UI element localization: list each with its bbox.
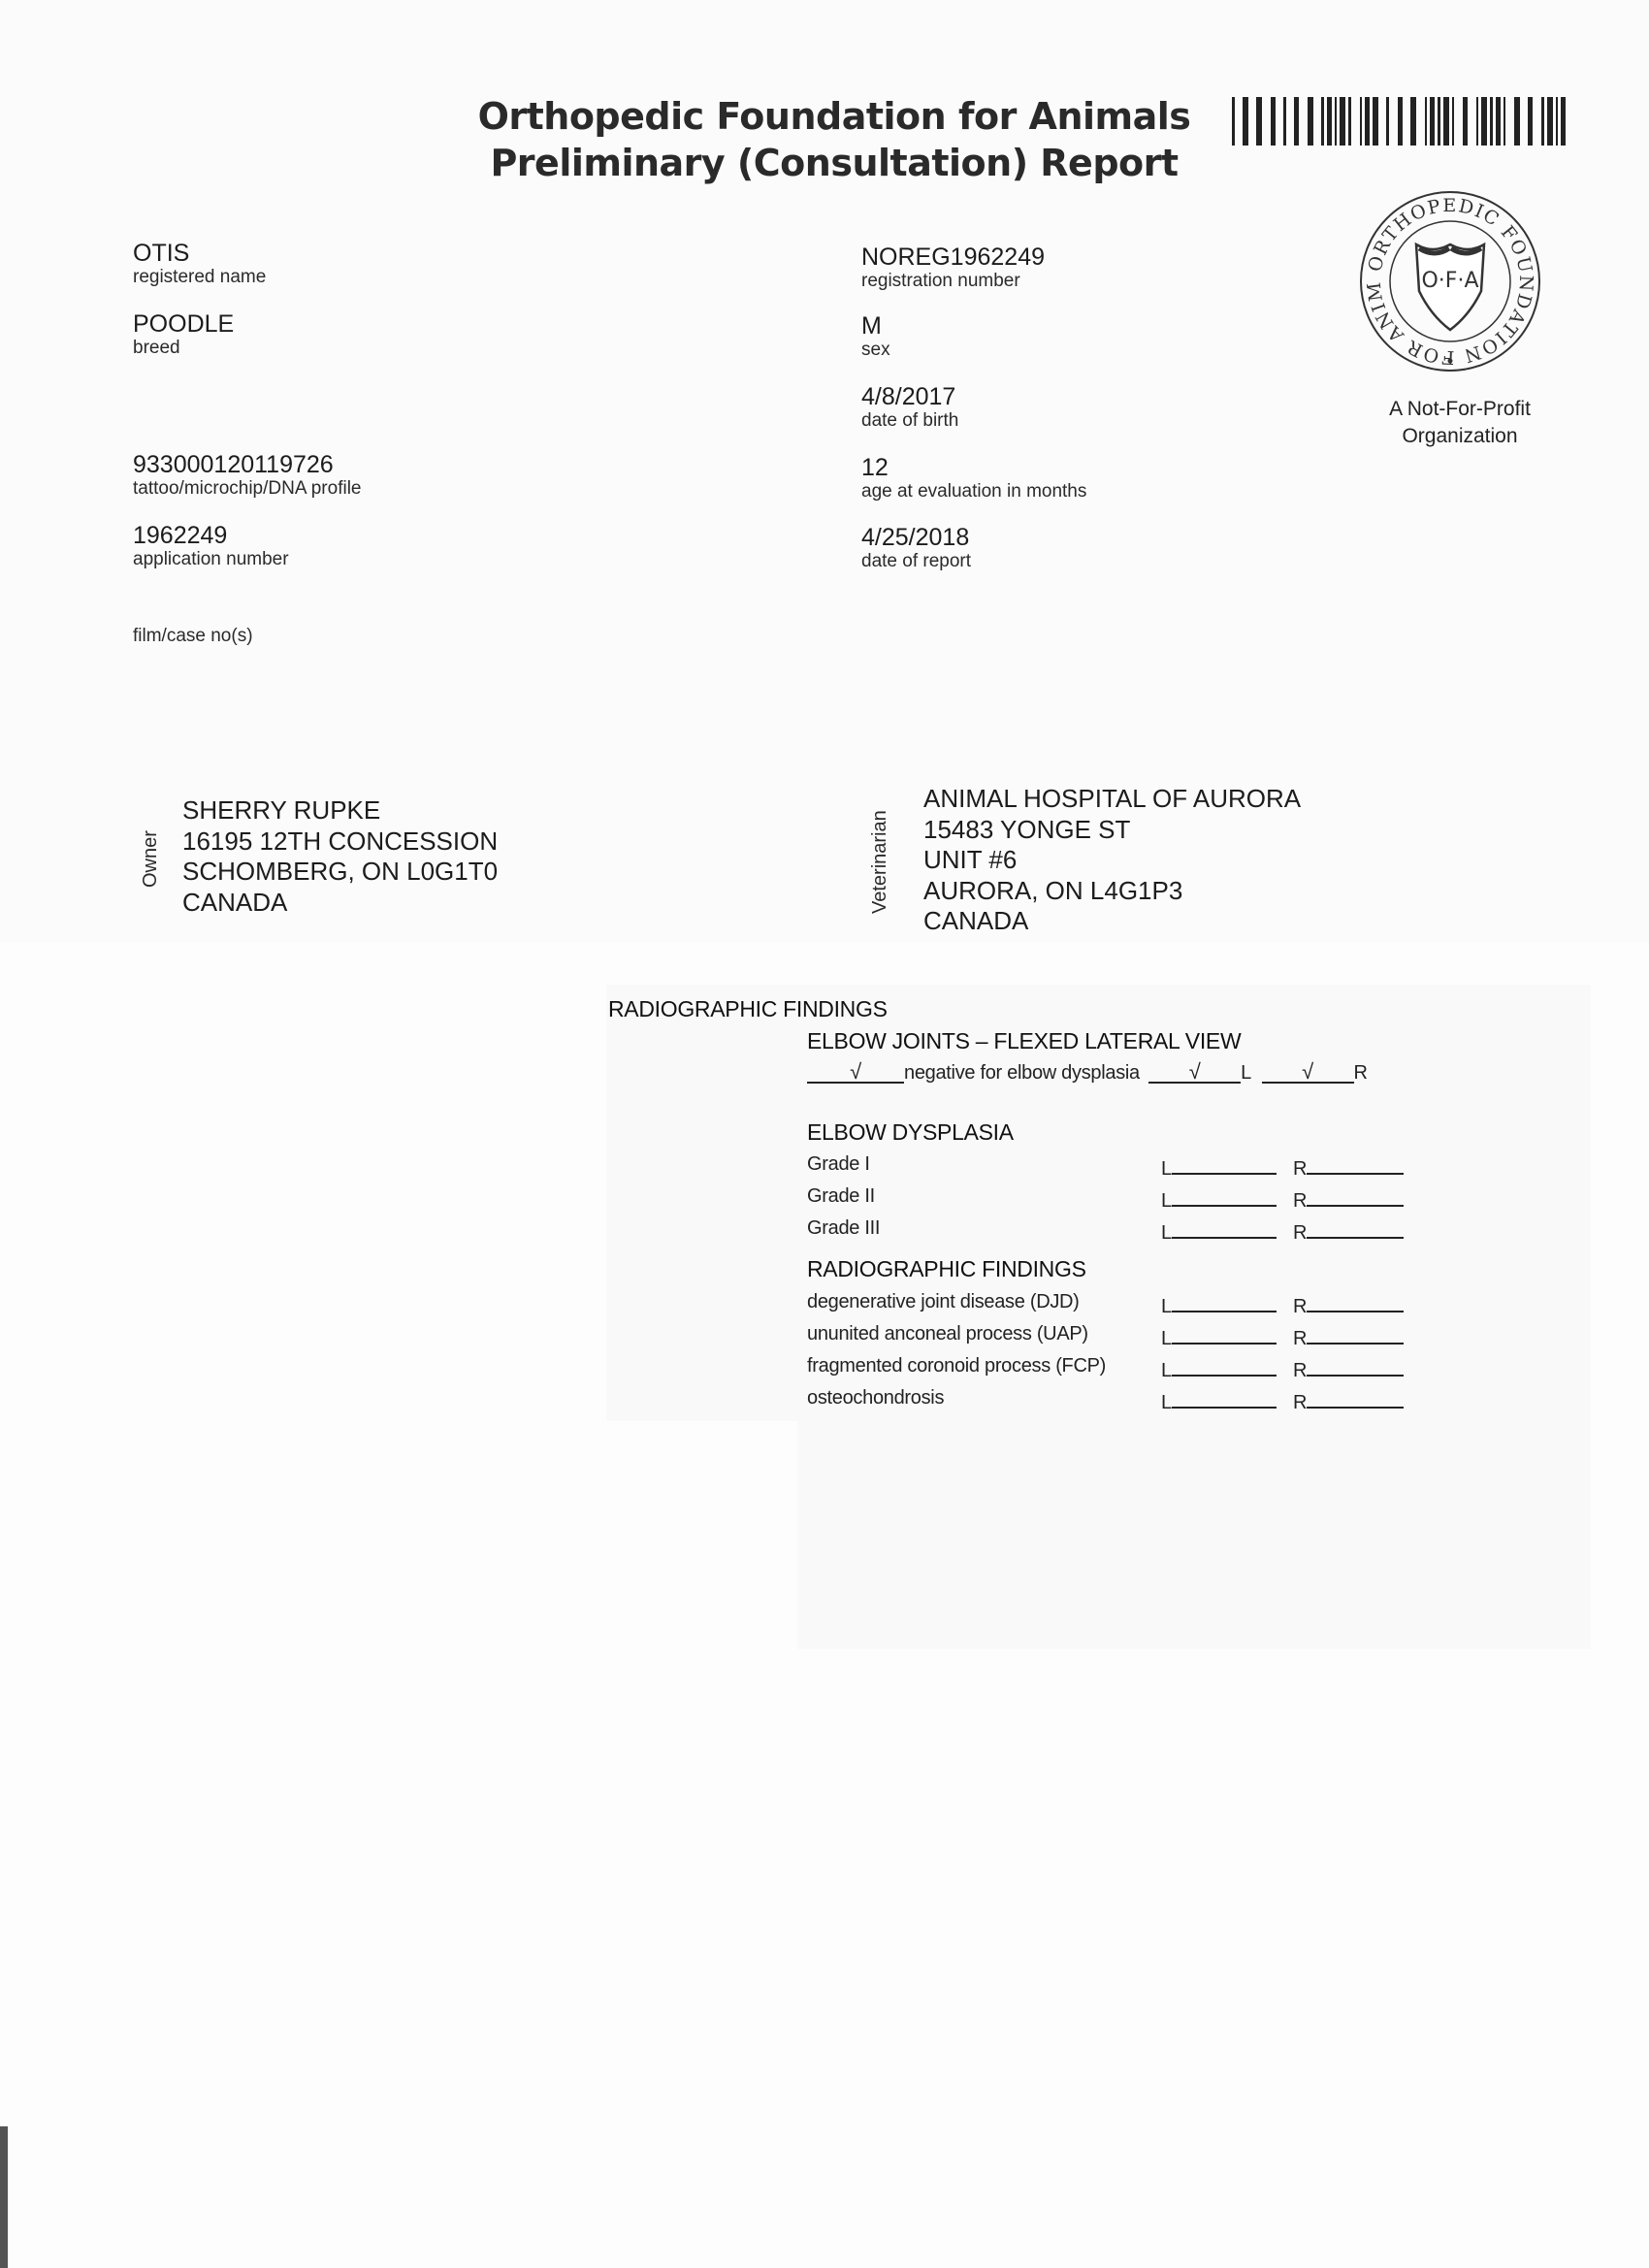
application-number-label: application number [133, 549, 676, 570]
finding-row-label: ununited anconeal process (UAP) [807, 1323, 1088, 1345]
side-left-label: L [1161, 1328, 1172, 1349]
date-of-report-label: date of report [861, 551, 1405, 572]
registered-name-value: OTIS [133, 240, 676, 267]
field-sex: M sex [861, 312, 1405, 361]
findings-heading: RADIOGRAPHIC FINDINGS [608, 996, 888, 1022]
film-case-label: film/case no(s) [133, 626, 253, 647]
side-right-label: R [1293, 1360, 1307, 1381]
side-right-label: R [1293, 1190, 1307, 1212]
right-value-blank [1307, 1387, 1404, 1409]
left-value-blank [1172, 1323, 1277, 1345]
negative-check-field: √ [807, 1062, 904, 1084]
date-of-report-value: 4/25/2018 [861, 524, 1405, 551]
side-right-label: R [1293, 1328, 1307, 1349]
breed-value: POODLE [133, 310, 676, 338]
radiographic-findings-subheading: RADIOGRAPHIC FINDINGS [807, 1256, 1086, 1282]
left-side-field: L [1161, 1323, 1277, 1350]
right-value-blank [1307, 1323, 1404, 1345]
right-side-field: R [1293, 1387, 1404, 1414]
finding-row-label: Grade I [807, 1153, 870, 1176]
microchip-label: tattoo/microchip/DNA profile [133, 478, 676, 500]
registered-name-label: registered name [133, 267, 676, 288]
field-registration-number: NOREG1962249 registration number [861, 243, 1405, 292]
finding-row-label: Grade II [807, 1185, 875, 1208]
owner-label: Owner [140, 830, 162, 888]
veterinarian-address: ANIMAL HOSPITAL OF AURORA 15483 YONGE ST… [923, 784, 1301, 937]
left-value-blank [1172, 1185, 1277, 1207]
side-left-label: L [1161, 1392, 1172, 1413]
check-mark-icon: √ [1302, 1059, 1313, 1084]
right-side-field: R [1293, 1217, 1404, 1245]
microchip-value: 933000120119726 [133, 451, 676, 478]
left-value-blank [1172, 1387, 1277, 1409]
field-date-of-birth: 4/8/2017 date of birth [861, 383, 1405, 432]
left-value-blank [1172, 1355, 1277, 1377]
field-breed: POODLE breed [133, 310, 676, 359]
dysplasia-heading: ELBOW DYSPLASIA [807, 1119, 1014, 1146]
findings-band-lower [797, 1421, 1591, 1649]
finding-row-label: Grade III [807, 1217, 880, 1240]
side-right-label: R [1293, 1158, 1307, 1180]
breed-label: breed [133, 338, 676, 359]
field-microchip: 933000120119726 tattoo/microchip/DNA pro… [133, 451, 676, 500]
negative-left-field: √ [1148, 1062, 1241, 1084]
right-side-field: R [1293, 1153, 1404, 1181]
side-right-label: R [1293, 1296, 1307, 1317]
negative-left-label: L [1241, 1062, 1250, 1084]
right-value-blank [1307, 1355, 1404, 1377]
title-line-2: Preliminary (Consultation) Report [427, 140, 1242, 186]
left-side-field: L [1161, 1217, 1277, 1245]
right-value-blank [1307, 1217, 1404, 1239]
finding-row-label: osteochondrosis [807, 1387, 944, 1409]
left-side-field: L [1161, 1153, 1277, 1181]
left-value-blank [1172, 1291, 1277, 1312]
field-date-of-report: 4/25/2018 date of report [861, 524, 1405, 572]
right-side-field: R [1293, 1291, 1404, 1318]
registration-number-label: registration number [861, 271, 1405, 292]
side-left-label: L [1161, 1190, 1172, 1212]
left-side-field: L [1161, 1387, 1277, 1414]
side-left-label: L [1161, 1222, 1172, 1244]
negative-label: negative for elbow dysplasia [904, 1062, 1140, 1084]
finding-row-label: degenerative joint disease (DJD) [807, 1291, 1080, 1313]
owner-country: CANADA [182, 888, 498, 919]
vet-street: 15483 YONGE ST [923, 815, 1301, 846]
field-age-months: 12 age at evaluation in months [861, 454, 1405, 502]
right-side-field: R [1293, 1355, 1404, 1382]
vet-city: AURORA, ON L4G1P3 [923, 876, 1301, 907]
left-side-field: L [1161, 1185, 1277, 1213]
left-value-blank [1172, 1153, 1277, 1175]
veterinarian-label: Veterinarian [869, 810, 891, 914]
owner-address: SHERRY RUPKE 16195 12TH CONCESSION SCHOM… [182, 795, 498, 918]
scan-edge-mark [0, 2126, 8, 2268]
negative-right-label: R [1354, 1062, 1368, 1084]
vet-clinic-name: ANIMAL HOSPITAL OF AURORA [923, 784, 1301, 815]
left-side-field: L [1161, 1355, 1277, 1382]
owner-name: SHERRY RUPKE [182, 795, 498, 826]
side-left-label: L [1161, 1360, 1172, 1381]
negative-elbow-row: √negative for elbow dysplasia √L √R [807, 1062, 1368, 1085]
age-months-label: age at evaluation in months [861, 481, 1405, 502]
right-value-blank [1307, 1185, 1404, 1207]
check-mark-icon: √ [1189, 1059, 1201, 1084]
sex-value: M [861, 312, 1405, 340]
date-of-birth-label: date of birth [861, 410, 1405, 432]
application-number-value: 1962249 [133, 522, 676, 549]
right-value-blank [1307, 1291, 1404, 1312]
right-side-field: R [1293, 1185, 1404, 1213]
side-right-label: R [1293, 1392, 1307, 1413]
check-mark-icon: √ [850, 1059, 861, 1084]
right-side-field: R [1293, 1323, 1404, 1350]
date-of-birth-value: 4/8/2017 [861, 383, 1405, 410]
vet-unit: UNIT #6 [923, 845, 1301, 876]
svg-text:O·F·A: O·F·A [1421, 269, 1478, 293]
left-value-blank [1172, 1217, 1277, 1239]
side-left-label: L [1161, 1296, 1172, 1317]
left-side-field: L [1161, 1291, 1277, 1318]
field-registered-name: OTIS registered name [133, 240, 676, 288]
title-line-1: Orthopedic Foundation for Animals [427, 93, 1242, 140]
owner-city: SCHOMBERG, ON L0G1T0 [182, 857, 498, 888]
field-application-number: 1962249 application number [133, 522, 676, 570]
barcode-icon [1230, 97, 1568, 146]
side-right-label: R [1293, 1222, 1307, 1244]
age-months-value: 12 [861, 454, 1405, 481]
report-title: Orthopedic Foundation for Animals Prelim… [427, 93, 1242, 186]
negative-right-field: √ [1262, 1062, 1354, 1084]
right-value-blank [1307, 1153, 1404, 1175]
vet-country: CANADA [923, 906, 1301, 937]
finding-row-label: fragmented coronoid process (FCP) [807, 1355, 1106, 1377]
elbow-view-heading: ELBOW JOINTS – FLEXED LATERAL VIEW [807, 1028, 1241, 1054]
side-left-label: L [1161, 1158, 1172, 1180]
owner-street: 16195 12TH CONCESSION [182, 826, 498, 858]
sex-label: sex [861, 340, 1405, 361]
registration-number-value: NOREG1962249 [861, 243, 1405, 271]
